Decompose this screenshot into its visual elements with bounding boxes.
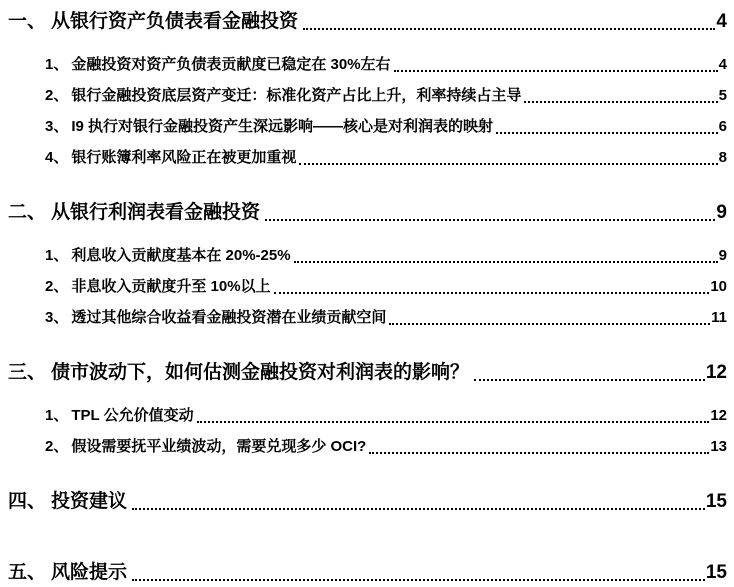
toc-heading[interactable]: 一、从银行资产负债表看金融投资4 (8, 10, 727, 34)
toc-item-page-number: 10 (710, 277, 727, 297)
toc-heading-page-number: 9 (716, 201, 727, 225)
toc-item[interactable]: 2、假设需要抚平业绩波动，需要兑现多少 OCI?13 (45, 437, 727, 457)
toc-item-number: 2、 (45, 437, 68, 457)
toc-item-page-number: 6 (719, 117, 727, 137)
dot-leader (294, 261, 718, 263)
toc-heading-number: 五、 (8, 561, 46, 585)
toc-heading-title: 风险提示 (51, 561, 127, 585)
toc-item-title: 非息收入贡献度升至 10%以上 (71, 277, 270, 297)
toc-heading[interactable]: 三、债市波动下，如何估测金融投资对利润表的影响？12 (8, 361, 727, 385)
toc-item-title: 透过其他综合收益看金融投资潜在业绩贡献空间 (71, 308, 386, 328)
toc-section: 一、从银行资产负债表看金融投资41、金融投资对资产负债表贡献度已稳定在 30%左… (8, 10, 727, 168)
toc-heading-page-number: 4 (716, 10, 727, 34)
toc-heading[interactable]: 四、投资建议15 (8, 490, 727, 514)
toc-item-page-number: 5 (719, 86, 727, 106)
toc-item-page-number: 4 (719, 55, 727, 75)
dot-leader (299, 163, 717, 165)
toc-item-title: 假设需要抚平业绩波动，需要兑现多少 OCI? (71, 437, 366, 457)
toc-item-number: 1、 (45, 55, 68, 75)
toc-item-number: 4、 (45, 148, 68, 168)
dot-leader (197, 421, 710, 423)
table-of-contents: 一、从银行资产负债表看金融投资41、金融投资对资产负债表贡献度已稳定在 30%左… (0, 0, 734, 585)
toc-item-title: 利息收入贡献度基本在 20%-25% (71, 246, 290, 266)
toc-item-page-number: 9 (719, 246, 727, 266)
dot-leader (496, 132, 718, 134)
toc-heading[interactable]: 五、风险提示15 (8, 561, 727, 585)
toc-item-number: 1、 (45, 246, 68, 266)
dot-leader (132, 579, 705, 581)
toc-item[interactable]: 4、银行账簿利率风险正在被更加重视8 (45, 148, 727, 168)
toc-item-page-number: 13 (710, 437, 727, 457)
dot-leader (265, 219, 715, 221)
dot-leader (369, 452, 709, 454)
toc-heading-page-number: 15 (706, 561, 727, 585)
dot-leader (274, 292, 710, 294)
toc-item-number: 3、 (45, 308, 68, 328)
toc-item[interactable]: 1、金融投资对资产负债表贡献度已稳定在 30%左右4 (45, 55, 727, 75)
toc-item-number: 1、 (45, 406, 68, 426)
dot-leader (389, 323, 710, 325)
toc-section: 四、投资建议15 (8, 490, 727, 514)
toc-item-title: 银行账簿利率风险正在被更加重视 (71, 148, 296, 168)
toc-heading-page-number: 15 (706, 490, 727, 514)
toc-item[interactable]: 1、利息收入贡献度基本在 20%-25%9 (45, 246, 727, 266)
toc-item-title: TPL 公允价值变动 (71, 406, 193, 426)
toc-heading[interactable]: 二、从银行利润表看金融投资9 (8, 201, 727, 225)
toc-item[interactable]: 2、非息收入贡献度升至 10%以上10 (45, 277, 727, 297)
toc-heading-number: 四、 (8, 490, 46, 514)
toc-item-number: 2、 (45, 277, 68, 297)
toc-item[interactable]: 3、透过其他综合收益看金融投资潜在业绩贡献空间11 (45, 308, 727, 328)
toc-item[interactable]: 1、TPL 公允价值变动12 (45, 406, 727, 426)
toc-heading-title: 投资建议 (51, 490, 127, 514)
toc-item-title: 银行金融投资底层资产变迁：标准化资产占比上升，利率持续占主导 (71, 86, 521, 106)
toc-item-title: 金融投资对资产负债表贡献度已稳定在 30%左右 (71, 55, 390, 75)
toc-heading-title: 从银行资产负债表看金融投资 (51, 10, 298, 34)
toc-item[interactable]: 2、银行金融投资底层资产变迁：标准化资产占比上升，利率持续占主导5 (45, 86, 727, 106)
toc-heading-title: 债市波动下，如何估测金融投资对利润表的影响？ (51, 361, 469, 385)
toc-section: 二、从银行利润表看金融投资91、利息收入贡献度基本在 20%-25%92、非息收… (8, 201, 727, 328)
toc-heading-number: 二、 (8, 201, 46, 225)
toc-heading-page-number: 12 (706, 361, 727, 385)
dot-leader (524, 101, 717, 103)
dot-leader (474, 379, 705, 381)
toc-item-page-number: 11 (711, 308, 727, 328)
toc-section: 五、风险提示15 (8, 561, 727, 585)
toc-heading-number: 一、 (8, 10, 46, 34)
dot-leader (132, 508, 705, 510)
toc-item-number: 3、 (45, 117, 68, 137)
toc-item-page-number: 8 (719, 148, 727, 168)
toc-item-number: 2、 (45, 86, 68, 106)
toc-item-page-number: 12 (710, 406, 727, 426)
toc-section: 三、债市波动下，如何估测金融投资对利润表的影响？121、TPL 公允价值变动12… (8, 361, 727, 457)
toc-heading-number: 三、 (8, 361, 46, 385)
toc-heading-title: 从银行利润表看金融投资 (51, 201, 260, 225)
toc-item-title: I9 执行对银行金融投资产生深远影响——核心是对利润表的映射 (71, 117, 493, 137)
toc-item[interactable]: 3、I9 执行对银行金融投资产生深远影响——核心是对利润表的映射6 (45, 117, 727, 137)
dot-leader (303, 28, 715, 30)
dot-leader (394, 70, 718, 72)
